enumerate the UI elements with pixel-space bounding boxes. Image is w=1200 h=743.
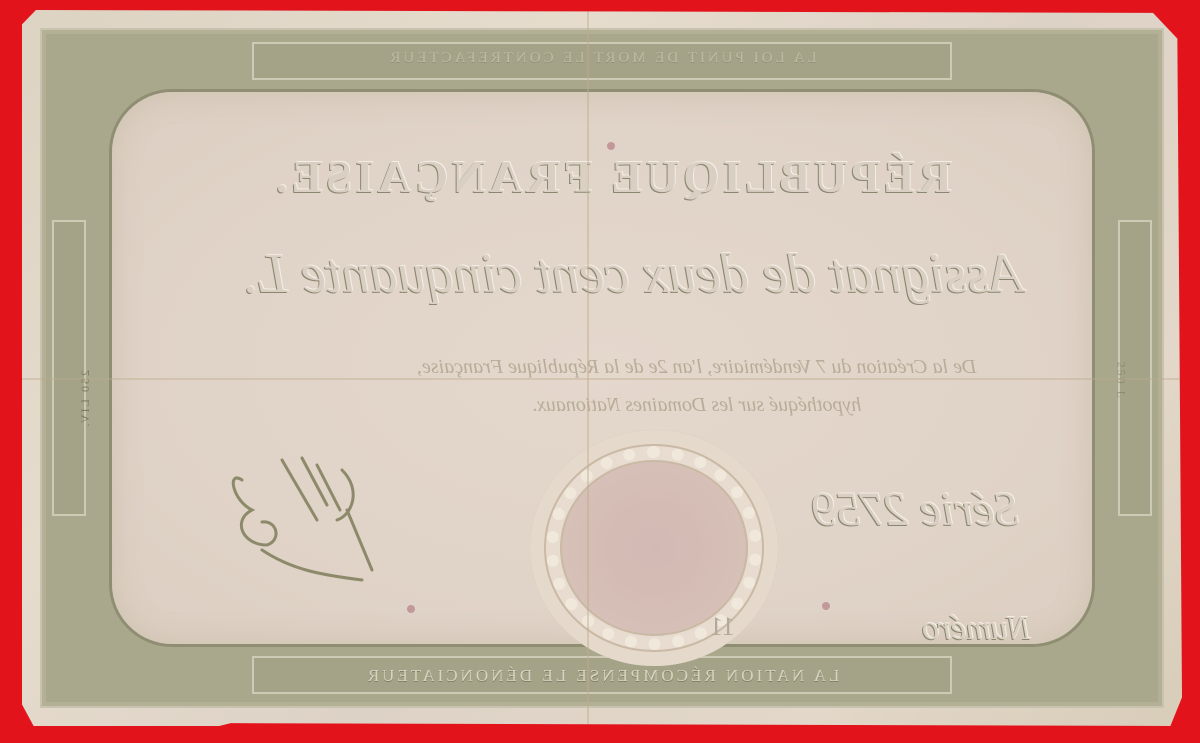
- bottom-band-text: LA NATION RÉCOMPENSE LE DÉNONCIATEUR: [282, 666, 922, 686]
- numero-label: Numéro: [922, 610, 1030, 648]
- serie: Série 2759: [812, 482, 1019, 537]
- number-text: 11: [710, 612, 735, 642]
- embossed-seal: [530, 430, 778, 666]
- denomination-text: Assignat de deux cent cinquante L.: [242, 242, 1023, 306]
- decree-line-2: hypothéqué sur les Domaines Nationaux.: [532, 386, 861, 424]
- serie-label: Série: [920, 483, 1019, 536]
- denomination: Assignat de deux cent cinquante L.: [192, 242, 1072, 306]
- left-band: [52, 220, 86, 516]
- fold-line-horizontal: [22, 378, 1182, 380]
- serie-text: Série 2759: [812, 482, 1019, 537]
- numero: Numéro: [922, 610, 1030, 648]
- signature: [222, 450, 402, 590]
- banknote-border-frame: LA LOI PUNIT DE MORT LE CONTREFACTEUR LA…: [40, 28, 1164, 708]
- stain-spot: [607, 142, 615, 150]
- decree-text: De la Création du 7 Vendémiaire, l'an 2e…: [292, 348, 1102, 424]
- right-side-text: 250 L: [1113, 362, 1128, 400]
- fold-line-vertical: [587, 10, 589, 726]
- stain-spot: [407, 605, 415, 613]
- decree-line-1: De la Création du 7 Vendémiaire, l'an 2e…: [417, 348, 977, 386]
- title-text: RÉPUBLIQUE FRANÇAISE.: [272, 150, 952, 203]
- note-number: 11: [710, 612, 735, 642]
- note-title: RÉPUBLIQUE FRANÇAISE.: [172, 150, 1052, 203]
- banknote: LA LOI PUNIT DE MORT LE CONTREFACTEUR LA…: [22, 10, 1182, 726]
- top-band-text: LA LOI PUNIT DE MORT LE CONTREFACTEUR: [282, 50, 922, 67]
- stain-spot: [822, 602, 830, 610]
- serie-number: 2759: [812, 483, 908, 536]
